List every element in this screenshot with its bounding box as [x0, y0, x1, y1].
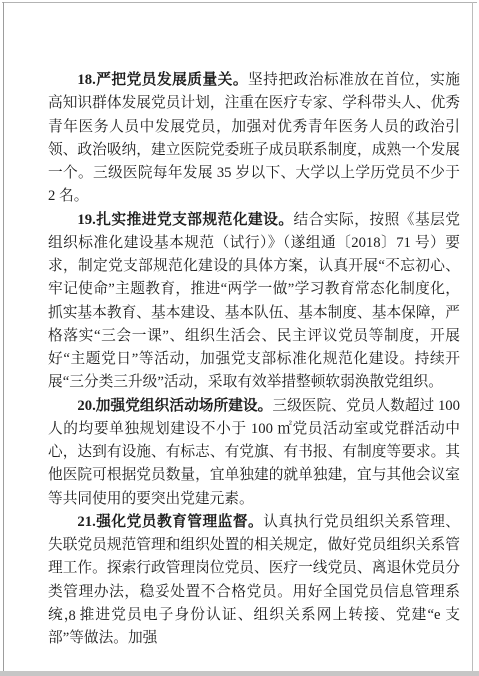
page-number: - 8 -	[56, 605, 90, 628]
scan-edge-left	[3, 2, 4, 671]
paragraph-21-heading: 21.强化党员教育管理监督。	[77, 514, 263, 530]
scan-edge-right	[472, 2, 473, 671]
paragraph-18: 18.严把党员发展质量关。坚持把政治标准放在首位，实施高知识群体发展党员计划，注…	[48, 69, 460, 209]
paragraph-18-heading: 18.严把党员发展质量关。	[77, 72, 248, 88]
document-body-text: 18.严把党员发展质量关。坚持把政治标准放在首位，实施高知识群体发展党员计划，注…	[48, 69, 460, 650]
paragraph-21: 21.强化党员教育管理监督。认真执行党员组织关系管理、失联党员规范管理和组织处置…	[48, 511, 460, 651]
document-page: 18.严把党员发展质量关。坚持把政治标准放在首位，实施高知识群体发展党员计划，注…	[0, 0, 479, 676]
paragraph-20: 20.加强党组织活动场所建设。三级医院、党员人数超过 100 人的均要单独规划建…	[48, 395, 460, 511]
scan-edge-bottom-band	[0, 671, 479, 676]
paragraph-19-heading: 19.扎实推进党支部规范化建设。	[77, 212, 293, 228]
scan-edge-top	[2, 2, 477, 3]
paragraph-21-body: 认真执行党员组织关系管理、失联党员规范管理和组织处置的相关规定，做好党员组织关系…	[48, 514, 460, 646]
paragraph-18-body: 坚持把政治标准放在首位，实施高知识群体发展党员计划，注重在医疗专家、学科带头人、…	[48, 72, 460, 204]
paragraph-19-body: 结合实际，按照《基层党组织标准化建设基本规范（试行）》（遂组通〔2018〕71 …	[48, 212, 460, 391]
paragraph-19: 19.扎实推进党支部规范化建设。结合实际，按照《基层党组织标准化建设基本规范（试…	[48, 209, 460, 395]
paragraph-20-heading: 20.加强党组织活动场所建设。	[77, 398, 272, 414]
